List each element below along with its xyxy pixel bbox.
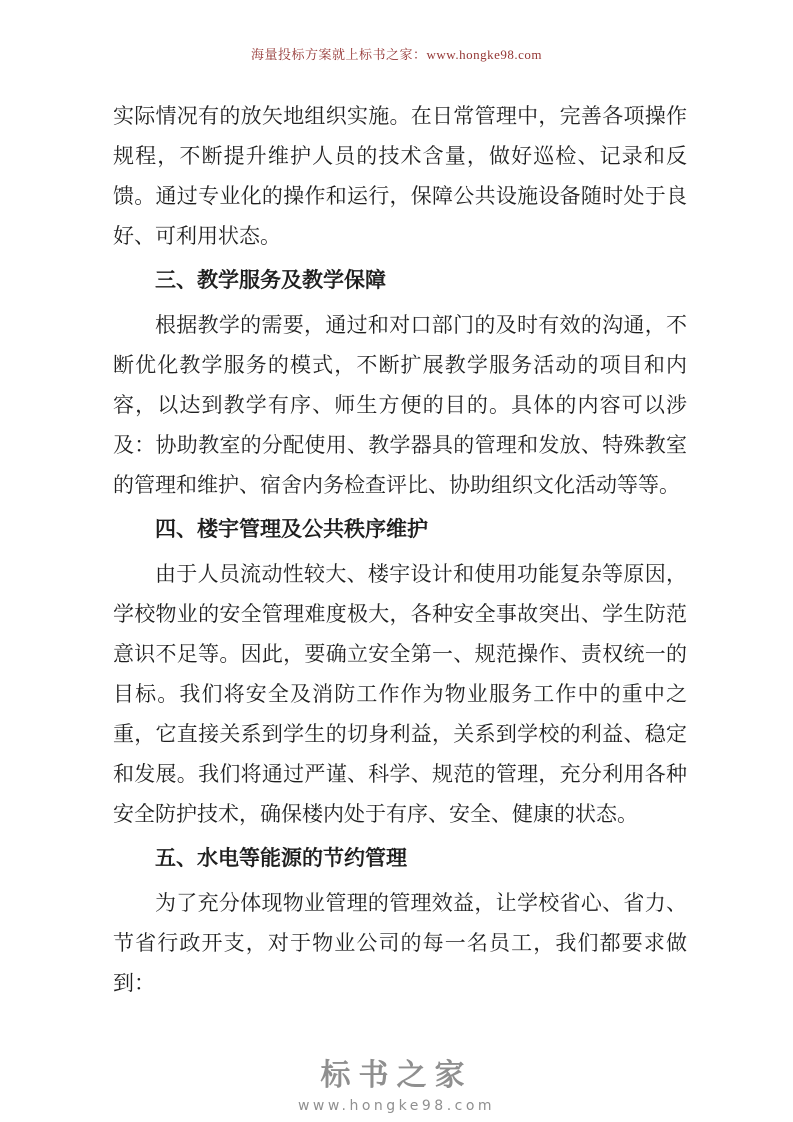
page-footer-watermark: 标书之家 www.hongke98.com [0,1059,793,1114]
body-paragraph: 根据教学的需要，通过和对口部门的及时有效的沟通，不断优化教学服务的模式，不断扩展… [113,305,687,505]
document-page: 海量投标方案就上标书之家：www.hongke98.com 实际情况有的放矢地组… [0,0,793,1122]
page-header-watermark: 海量投标方案就上标书之家：www.hongke98.com [0,44,793,63]
body-paragraph: 为了充分体现物业管理的管理效益，让学校省心、省力、节省行政开支，对于物业公司的每… [113,883,687,1003]
document-body: 实际情况有的放矢地组织实施。在日常管理中，完善各项操作规程，不断提升维护人员的技… [113,96,687,1003]
section-heading: 四、楼宇管理及公共秩序维护 [113,510,687,550]
footer-logo: 标书之家 [0,1059,793,1093]
section-heading: 三、教学服务及教学保障 [113,261,687,301]
body-paragraph: 由于人员流动性较大、楼宇设计和使用功能复杂等原因，学校物业的安全管理难度极大，各… [113,554,687,834]
body-paragraph: 实际情况有的放矢地组织实施。在日常管理中，完善各项操作规程，不断提升维护人员的技… [113,96,687,256]
section-heading: 五、水电等能源的节约管理 [113,839,687,879]
footer-url: www.hongke98.com [0,1098,793,1114]
